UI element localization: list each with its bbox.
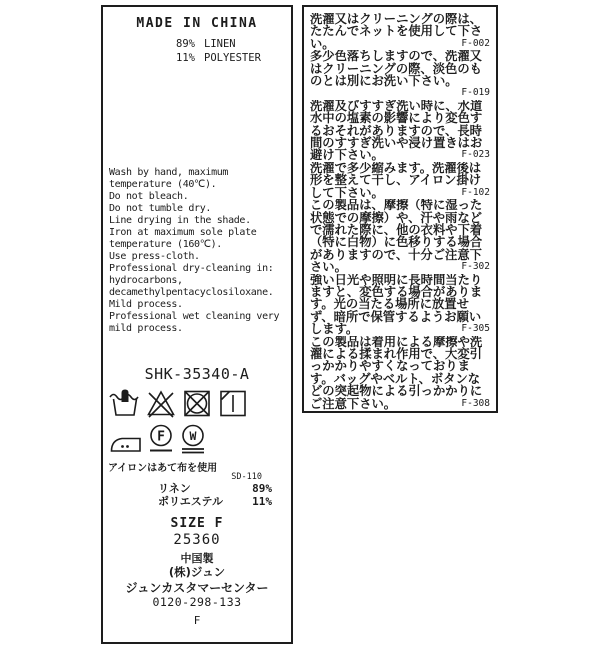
composition-material: POLYESTER [204,52,261,66]
care-label-right-panel: 洗濯又はクリーニングの際は、たたんでネットを使用して下さい。F-002 多少色落… [302,5,498,413]
phone-number: 0120-298-133 [103,595,291,609]
composition-en: 89% LINEN 11% POLYESTER [103,38,291,65]
composition-pct: 89% [143,38,195,52]
composition-pct: 11% [252,495,272,508]
care-label-left-panel: MADE IN CHINA 89% LINEN 11% POLYESTER Wa… [101,5,293,644]
care-note: 洗濯又はクリーニングの際は、たたんでネットを使用して下さい。F-002 [310,13,490,50]
care-symbols-row-2: F W [109,424,207,454]
iron-medium-icon [109,428,143,454]
origin-label: MADE IN CHINA [103,16,291,31]
care-note: 強い日光や照明に長時間当たりますと、変色する場合があります。光の当たる場所に放置… [310,274,490,336]
composition-material: リネン [158,482,191,495]
care-note-text: 多少色落ちしますので、洗濯又はクリーニングの際、淡色のものとは別にお洗い下さい。 [310,50,482,88]
care-note: この製品は着用による摩擦や洗濯による揉まれ作用で、大変引っかかりやすくなっており… [310,336,490,410]
care-note-code: F-019 [461,87,490,99]
composition-material: LINEN [204,38,236,52]
care-note-code: F-302 [461,261,490,273]
care-symbols-row-1 [109,388,249,418]
care-note: この製品は、摩擦（特に湿った状態での摩擦）や、汗や雨などで濡れた際に、他の衣料や… [310,199,490,273]
care-note-text: 洗濯又はクリーニングの際は、たたんでネットを使用して下さい。 [310,13,482,50]
composition-jp-row: リネン 89% [158,482,272,495]
care-note-code: F-002 [461,38,490,50]
size-bottom: F [103,614,291,627]
composition-pct: 11% [143,52,195,66]
care-label-sheet: { "left_panel": { "origin": "MADE IN CHI… [0,0,600,650]
composition-pct: 89% [252,482,272,495]
care-note-code: F-305 [461,323,490,335]
care-note-code: F-023 [461,149,490,161]
care-note-code: F-308 [461,398,490,410]
care-note: 多少色落ちしますので、洗濯又はクリーニングの際、淡色のものとは別にお洗い下さい。… [310,50,490,100]
svg-text:W: W [190,429,197,443]
wet-clean-W-icon: W [179,424,207,454]
care-note-text: 強い日光や照明に長時間当たりますと、変色する場合があります。光の当たる場所に放置… [310,274,482,336]
line-dry-in-shade-icon [217,388,249,418]
do-not-bleach-icon [145,388,177,418]
composition-jp: リネン 89% ポリエステル 11% [158,482,272,508]
composition-en-row: 89% LINEN [103,38,291,52]
composition-en-row: 11% POLYESTER [103,52,291,66]
size-label: SIZE F [103,516,291,531]
care-instructions-en: Wash by hand, maximum temperature (40℃).… [109,167,289,335]
care-note-text: この製品は着用による摩擦や洗濯による揉まれ作用で、大変引っかかりやすくなっており… [310,336,482,410]
iron-note-jp: アイロンはあて布を使用 [108,459,217,474]
customer-center: ジュンカスタマーセンター [103,579,291,596]
hand-wash-icon [109,388,141,418]
composition-jp-row: ポリエステル 11% [158,495,272,508]
do-not-tumble-dry-icon [181,388,213,418]
care-note-code: F-102 [461,187,490,199]
care-note-text: 洗濯で多少縮みます。洗濯後は形を整えて干し、アイロン掛けして下さい。 [310,162,481,199]
care-note-text: この製品は、摩擦（特に湿った状態での摩擦）や、汗や雨などで濡れた際に、他の衣料や… [310,199,482,273]
item-code: SHK-35340-A [103,365,291,383]
care-note: 洗濯及びすすぎ洗い時に、水道水中の塩素の影響により変色するおそれがありますので、… [310,100,490,162]
care-note: 洗濯で多少縮みます。洗濯後は形を整えて干し、アイロン掛けして下さい。F-102 [310,162,490,199]
composition-material: ポリエステル [158,495,223,508]
company-name: (株)ジュン [103,564,291,580]
dry-clean-F-icon: F [147,424,175,454]
svg-text:F: F [157,430,165,445]
care-note-text: 洗濯及びすすぎ洗い時に、水道水中の塩素の影響により変色するおそれがありますので、… [310,100,482,162]
product-number: 25360 [103,532,291,548]
sd-code: SD-110 [231,472,262,482]
